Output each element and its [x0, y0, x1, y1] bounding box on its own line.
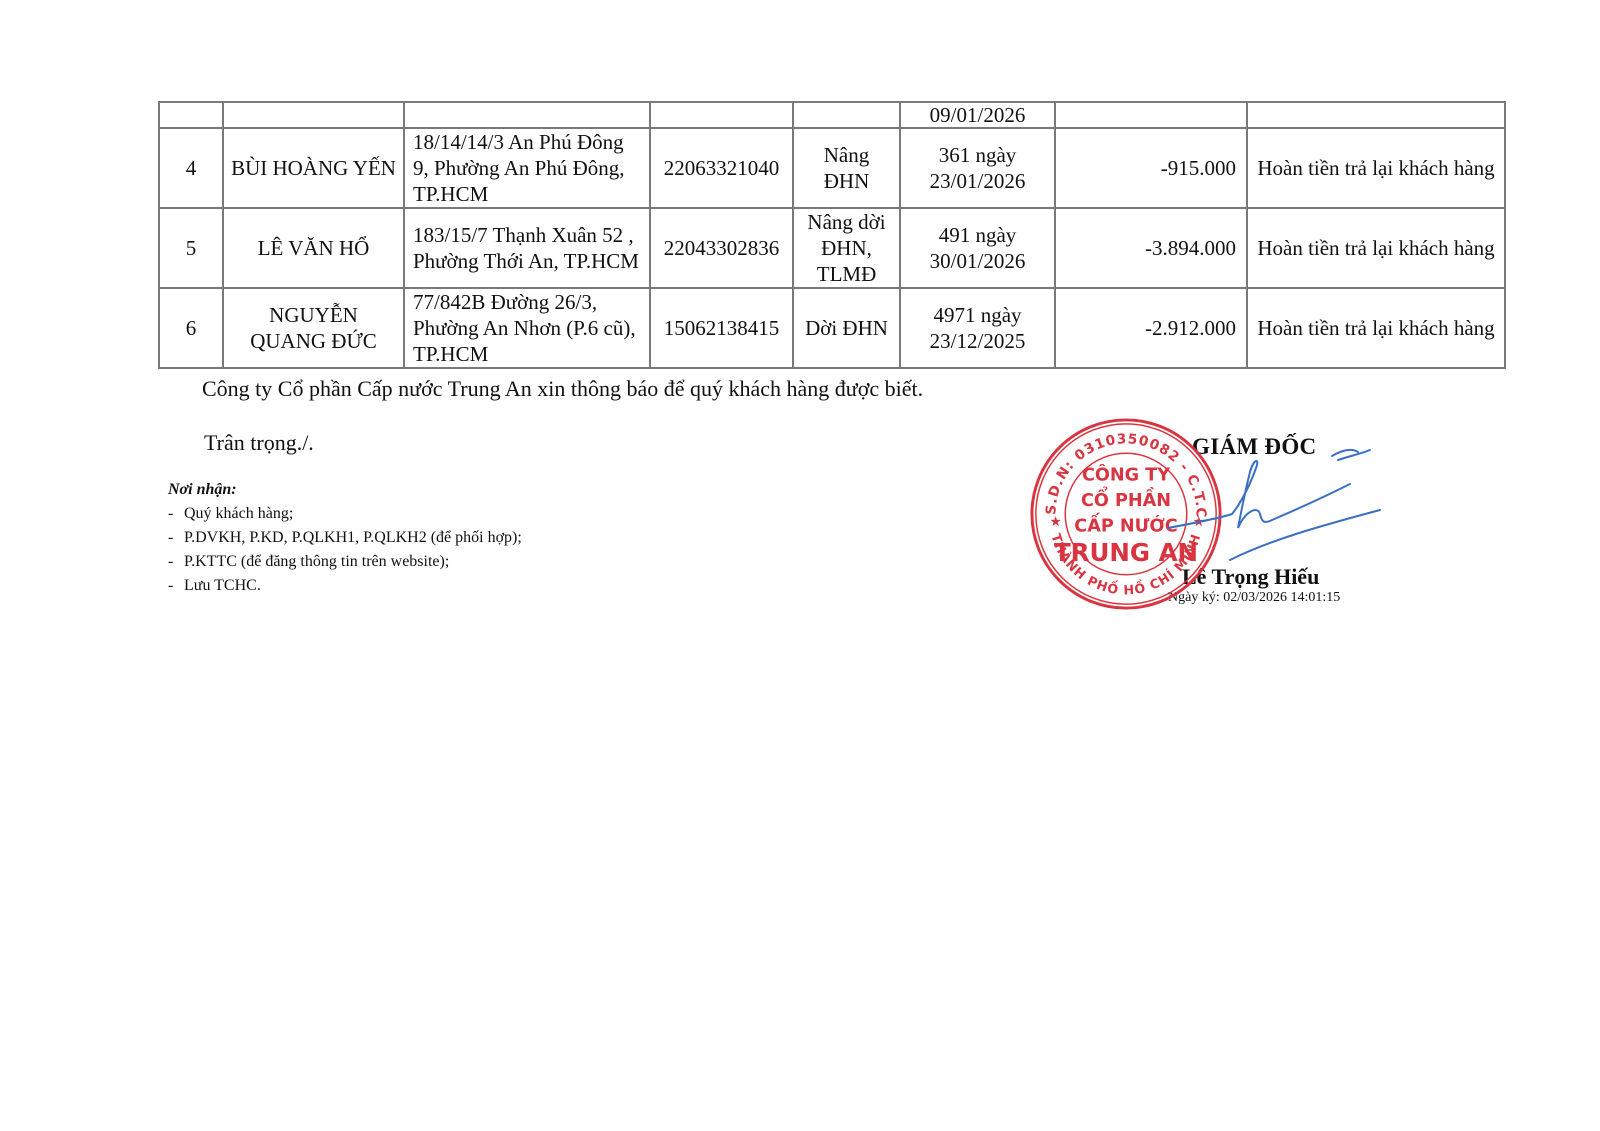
cell-name: NGUYỄN QUANG ĐỨC [223, 288, 404, 368]
recipient-item: -Quý khách hàng; [168, 502, 522, 526]
cell-name: LÊ VĂN HỔ [223, 208, 404, 288]
table-row: 4 BÙI HOÀNG YẾN 18/14/14/3 An Phú Đông 9… [159, 128, 1505, 208]
svg-text:CẤP NƯỚC: CẤP NƯỚC [1074, 513, 1177, 537]
svg-text:CÔNG TY: CÔNG TY [1082, 464, 1170, 486]
regards-line: Trân trọng./. [204, 430, 314, 456]
document-page: 09/01/2026 4 BÙI HOÀNG YẾN 18/14/14/3 An… [0, 0, 1600, 1131]
cell-address: 18/14/14/3 An Phú Đông 9, Phường An Phú … [404, 128, 650, 208]
cell-name [223, 102, 404, 128]
cell-note: Hoàn tiền trả lại khách hàng [1247, 288, 1505, 368]
cell-stt: 4 [159, 128, 223, 208]
cell-content: Dời ĐHN [793, 288, 900, 368]
cell-amount [1055, 102, 1247, 128]
recipients-title: Nơi nhận: [168, 478, 522, 502]
svg-text:CỔ PHẦN: CỔ PHẦN [1081, 486, 1171, 511]
svg-text:TRUNG AN: TRUNG AN [1054, 538, 1198, 567]
table-row-continuation: 09/01/2026 [159, 102, 1505, 128]
recipients-block: Nơi nhận: -Quý khách hàng; -P.DVKH, P.KD… [168, 478, 522, 598]
cell-name: BÙI HOÀNG YẾN [223, 128, 404, 208]
cell-amount: -2.912.000 [1055, 288, 1247, 368]
svg-text:★: ★ [1193, 514, 1205, 530]
cell-account [650, 102, 793, 128]
cell-content [793, 102, 900, 128]
cell-account: 22043302836 [650, 208, 793, 288]
cell-document: 09/01/2026 [900, 102, 1055, 128]
cell-address [404, 102, 650, 128]
cell-document: 4971 ngày 23/12/2025 [900, 288, 1055, 368]
cell-document: 361 ngày 23/01/2026 [900, 128, 1055, 208]
cell-amount: -915.000 [1055, 128, 1247, 208]
recipient-item: -P.KTTC (để đăng thông tin trên website)… [168, 550, 522, 574]
cell-content: Nâng dời ĐHN, TLMĐ [793, 208, 900, 288]
cell-account: 15062138415 [650, 288, 793, 368]
cell-account: 22063321040 [650, 128, 793, 208]
recipient-item: -P.DVKH, P.KD, P.QLKH1, P.QLKH2 (để phối… [168, 526, 522, 550]
recipient-item: -Lưu TCHC. [168, 574, 522, 598]
cell-address: 183/15/7 Thạnh Xuân 52 , Phường Thới An,… [404, 208, 650, 288]
cell-content: Nâng ĐHN [793, 128, 900, 208]
cell-note: Hoàn tiền trả lại khách hàng [1247, 128, 1505, 208]
cell-stt: 6 [159, 288, 223, 368]
cell-stt: 5 [159, 208, 223, 288]
svg-text:★: ★ [1050, 514, 1062, 530]
table-row: 6 NGUYỄN QUANG ĐỨC 77/842B Đường 26/3, P… [159, 288, 1505, 368]
signature-block: GIÁM ĐỐC Lê Trọng Hiếu Ngày ký: 02/03/20… [1020, 410, 1420, 620]
cell-document: 491 ngày 30/01/2026 [900, 208, 1055, 288]
cell-note: Hoàn tiền trả lại khách hàng [1247, 208, 1505, 288]
cell-address: 77/842B Đường 26/3, Phường An Nhơn (P.6 … [404, 288, 650, 368]
table-row: 5 LÊ VĂN HỔ 183/15/7 Thạnh Xuân 52 , Phư… [159, 208, 1505, 288]
cell-note [1247, 102, 1505, 128]
company-seal-icon: M.S.D.N: 0310350082 - C.T.C.P THÀNH PHỐ … [1028, 416, 1224, 612]
notice-paragraph: Công ty Cổ phần Cấp nước Trung An xin th… [202, 376, 923, 402]
refund-table: 09/01/2026 4 BÙI HOÀNG YẾN 18/14/14/3 An… [158, 101, 1506, 369]
cell-stt [159, 102, 223, 128]
cell-amount: -3.894.000 [1055, 208, 1247, 288]
